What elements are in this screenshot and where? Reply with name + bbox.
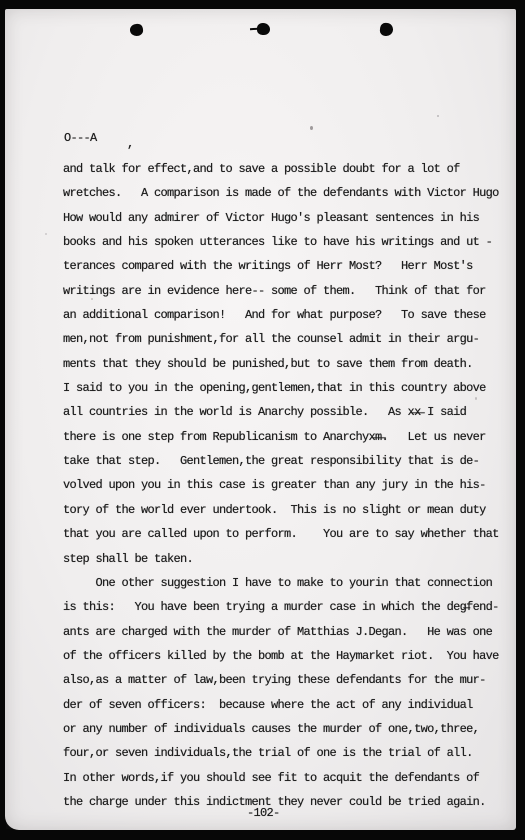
text-line: there is one step from Republicanism to …	[63, 425, 513, 449]
text-block: and talk for effect,and to save a possib…	[63, 157, 513, 814]
text-line: tory of the world ever undertook. This i…	[63, 498, 513, 522]
text-line: ments that they should be punished,but t…	[63, 352, 513, 376]
text-line: or any number of individuals causes the …	[63, 717, 513, 741]
noise-speck	[310, 126, 313, 130]
text-line: One other suggestion I have to make to y…	[63, 571, 513, 595]
text-line: step shall be taken.	[63, 547, 513, 571]
noise-speck	[475, 397, 477, 400]
text-line: ants are charged with the murder of Matt…	[63, 620, 513, 644]
text-line: and talk for effect,and to save a possib…	[63, 157, 513, 181]
text-line: I said to you in the opening,gentlemen,t…	[63, 376, 513, 400]
text-line: the charge under this indictment they ne…	[63, 790, 513, 814]
text-line: books and his spoken utterances like to …	[63, 230, 513, 254]
paper-sheet: O---A , and talk for effect,and to save …	[5, 9, 516, 830]
ink-dot-icon	[129, 23, 144, 37]
noise-speck	[437, 115, 439, 117]
text-line: an additional comparison! And for what p…	[63, 303, 513, 327]
header-label: O---A	[64, 131, 97, 145]
text-line: of the officers killed by the bomb at th…	[63, 644, 513, 668]
header-comma-mark: ,	[127, 137, 134, 151]
scan-border-right	[515, 0, 525, 840]
text-line: terances compared with the writings of H…	[63, 254, 513, 278]
text-line: In other words,if you should see fit to …	[63, 766, 513, 790]
noise-speck	[350, 585, 352, 587]
text-line: der of seven officers: because where the…	[63, 693, 513, 717]
text-line: all countries in the world is Anarchy po…	[63, 400, 513, 424]
text-line: volved upon you in this case is greater …	[63, 473, 513, 497]
page-number: -102-	[247, 806, 280, 820]
text-line: that you are called upon to perform. You…	[63, 522, 513, 546]
noise-speck	[45, 233, 47, 235]
noise-speck	[91, 298, 93, 300]
ink-dot-icon	[379, 22, 393, 36]
text-line: How would any admirer of Victor Hugo's p…	[63, 206, 513, 230]
text-line: wretches. A comparison is made of the de…	[63, 181, 513, 205]
text-line: take that step. Gentlemen,the great resp…	[63, 449, 513, 473]
text-line: four,or seven individuals,the trial of o…	[63, 741, 513, 765]
scan-border-bottom	[0, 829, 525, 840]
text-line: is this: You have been trying a murder c…	[63, 595, 513, 619]
text-line: writings are in evidence here-- some of …	[63, 279, 513, 303]
text-line: also,as a matter of law,been trying thes…	[63, 668, 513, 692]
ink-dot-icon	[257, 23, 270, 35]
text-line: men,not from punishment,for all the coun…	[63, 327, 513, 351]
